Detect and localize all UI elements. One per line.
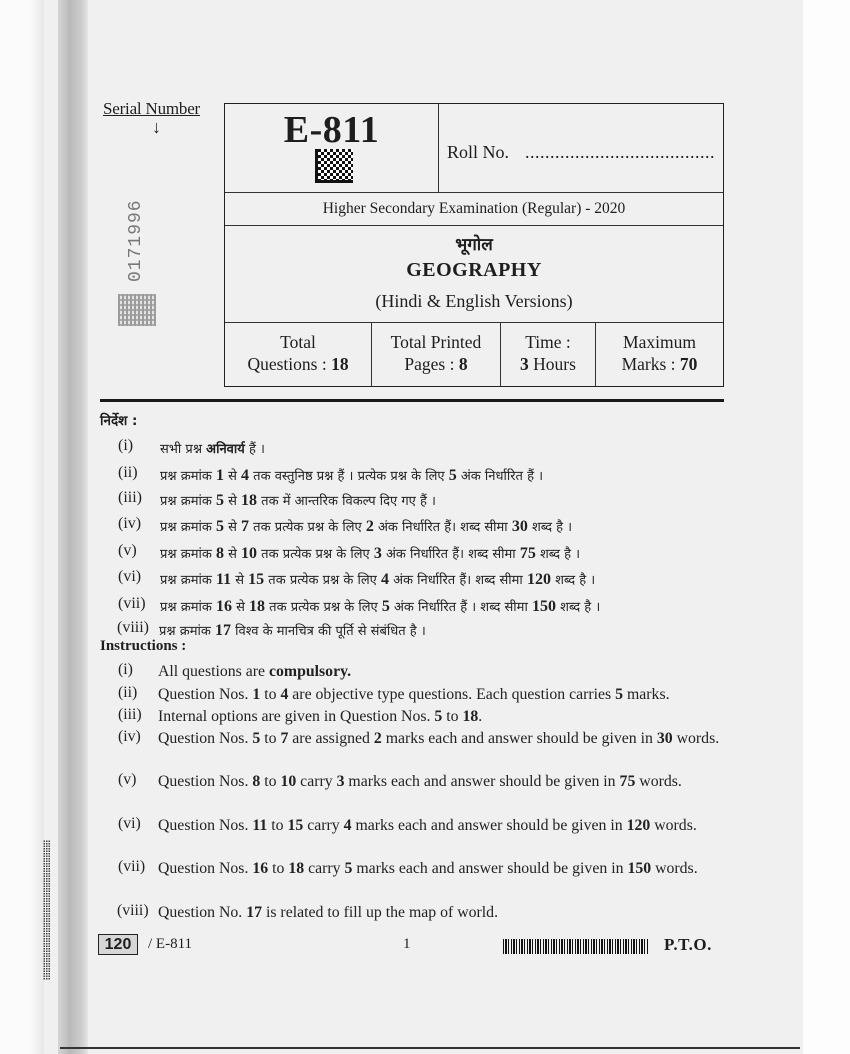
item-text: Internal options are given in Question N…	[158, 706, 723, 728]
item-text: Question Nos. 5 to 7 are assigned 2 mark…	[158, 728, 723, 750]
item-number: (iii)	[118, 489, 142, 507]
item-number: (iv)	[118, 728, 141, 746]
pto-label: P.T.O.	[664, 935, 712, 955]
meta-label: Total Printed	[372, 331, 500, 353]
footer-paper-code: / E-811	[148, 936, 192, 953]
item-text: All questions are compulsory.	[158, 661, 723, 683]
maximum-marks-cell: Maximum Marks : 70	[596, 322, 723, 386]
meta-label: Time :	[501, 331, 595, 353]
instructions-hindi-heading: निर्देश :	[100, 411, 137, 429]
subject-english: GEOGRAPHY	[225, 259, 723, 282]
page-bottom-edge	[60, 1047, 800, 1049]
serial-number-label: Serial Number	[103, 99, 200, 119]
barcode-icon	[503, 939, 648, 954]
item-text: प्रश्न क्रमांक 11 से 15 तक प्रत्येक प्रश…	[160, 570, 595, 589]
roll-number-field[interactable]: ......................................	[525, 142, 715, 163]
exam-meta-row: Total Questions : 18 Total Printed Pages…	[225, 322, 723, 386]
header-top-row: E-811 Roll No. .........................…	[225, 104, 723, 193]
item-number: (vii)	[118, 858, 145, 876]
datamatrix-code-icon	[315, 149, 353, 183]
item-number: (iii)	[118, 706, 142, 724]
perforation-strip	[43, 840, 50, 980]
item-text: Question Nos. 1 to 4 are objective type …	[158, 684, 723, 706]
scan-margin	[803, 0, 850, 1054]
item-text: सभी प्रश्न अनिवार्य हैं ।	[160, 439, 265, 457]
meta-value: Marks : 70	[596, 353, 723, 375]
page-number: 1	[403, 936, 411, 953]
meta-value: Pages : 8	[372, 353, 500, 375]
item-number: (v)	[118, 771, 136, 789]
exam-title: Higher Secondary Examination (Regular) -…	[225, 192, 723, 226]
item-number: (ii)	[118, 464, 138, 482]
item-number: (vi)	[118, 815, 141, 833]
item-text: प्रश्न क्रमांक 8 से 10 तक प्रत्येक प्रश्…	[160, 544, 580, 563]
item-number: (vii)	[118, 595, 146, 613]
item-text: प्रश्न क्रमांक 1 से 4 तक वस्तुनिष्ठ प्रश…	[160, 466, 543, 485]
section-divider	[100, 399, 724, 402]
item-text: Question Nos. 16 to 18 carry 5 marks eac…	[158, 858, 723, 880]
meta-value: Questions : 18	[225, 353, 371, 375]
item-number: (vi)	[118, 568, 141, 586]
footer-boxed-number: 120	[98, 934, 138, 955]
meta-label: Maximum	[596, 331, 723, 353]
versions-note: (Hindi & English Versions)	[225, 291, 723, 312]
item-text: Question Nos. 8 to 10 carry 3 marks each…	[158, 771, 723, 793]
item-text: प्रश्न क्रमांक 5 से 7 तक प्रत्येक प्रश्न…	[160, 517, 572, 536]
paper-code-cell: E-811	[225, 104, 439, 192]
page-edge-shadow	[30, 0, 44, 1054]
roll-number-label: Roll No.	[447, 142, 509, 163]
paper-code: E-811	[225, 108, 438, 152]
item-number: (v)	[118, 542, 137, 560]
item-number: (ii)	[118, 684, 137, 702]
item-number: (i)	[118, 437, 133, 455]
arrow-down-icon: ↓	[152, 117, 161, 138]
subject-block: भूगोल GEOGRAPHY (Hindi & English Version…	[225, 225, 723, 323]
item-number: (viii)	[117, 619, 149, 637]
total-questions-cell: Total Questions : 18	[225, 322, 372, 386]
serial-number-value: 0171996	[126, 196, 146, 286]
item-text: Question No. 17 is related to fill up th…	[158, 902, 723, 924]
exam-header-box: E-811 Roll No. .........................…	[224, 103, 724, 387]
instructions-english-heading: Instructions :	[100, 638, 186, 655]
item-text: प्रश्न क्रमांक 17 विश्व के मानचित्र की प…	[159, 621, 426, 640]
subject-hindi: भूगोल	[225, 232, 723, 255]
binding-fold-shadow	[58, 0, 88, 1054]
item-number: (viii)	[117, 902, 149, 920]
item-text: प्रश्न क्रमांक 5 से 18 तक में आन्तरिक वि…	[160, 491, 436, 510]
item-number: (i)	[118, 661, 133, 679]
meta-label: Total	[225, 331, 371, 353]
total-pages-cell: Total Printed Pages : 8	[372, 322, 501, 386]
item-number: (iv)	[118, 515, 141, 533]
item-text: प्रश्न क्रमांक 16 से 18 तक प्रत्येक प्रश…	[160, 597, 600, 616]
item-text: Question Nos. 11 to 15 carry 4 marks eac…	[158, 815, 723, 837]
serial-qr-code-icon	[118, 294, 156, 326]
meta-value: 3 Hours	[501, 353, 595, 375]
time-cell: Time : 3 Hours	[501, 322, 596, 386]
